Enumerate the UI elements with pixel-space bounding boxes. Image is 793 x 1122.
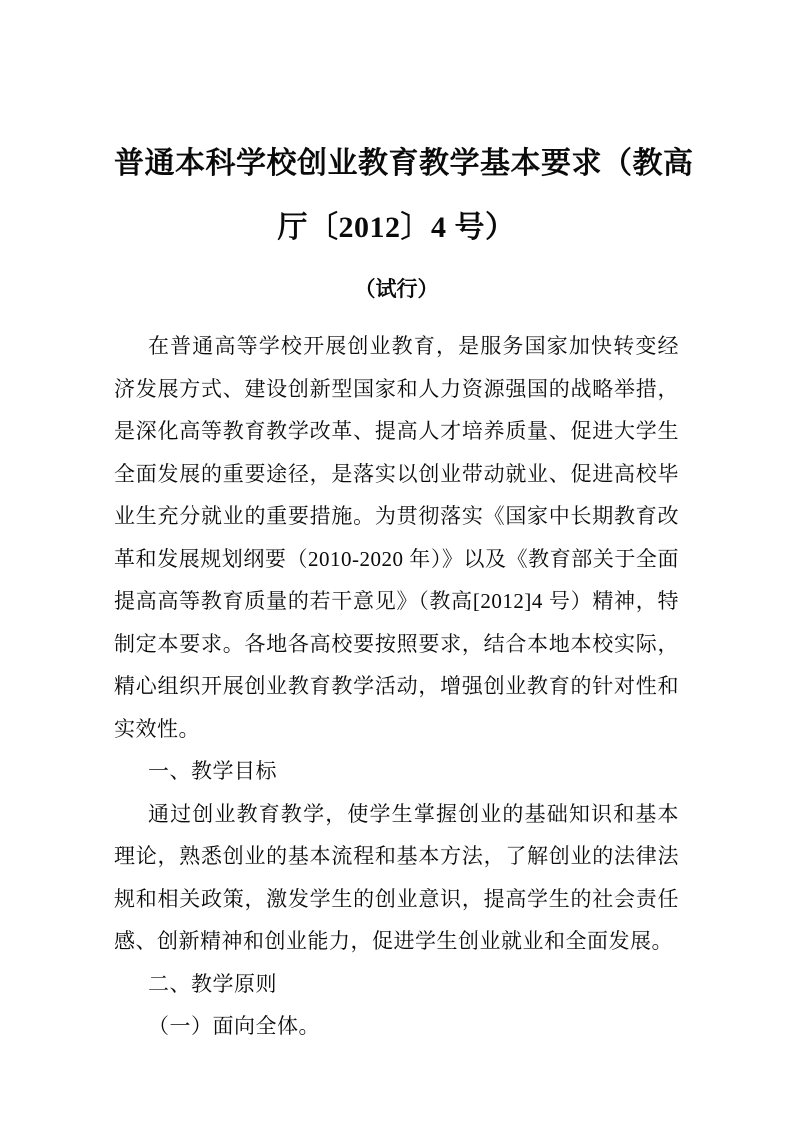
document-title-line-1: 普通本科学校创业教育教学基本要求（教高 bbox=[114, 132, 679, 196]
intro-paragraph: 在普通高等学校开展创业教育，是服务国家加快转变经济发展方式、建设创新型国家和人力… bbox=[114, 325, 679, 750]
document-content: 普通本科学校创业教育教学基本要求（教高 厅〔2012〕4 号） （试行） 在普通… bbox=[114, 0, 679, 1048]
document-page: 普通本科学校创业教育教学基本要求（教高 厅〔2012〕4 号） （试行） 在普通… bbox=[0, 0, 793, 1122]
document-title: 普通本科学校创业教育教学基本要求（教高 厅〔2012〕4 号） bbox=[114, 132, 679, 260]
section-1-paragraph: 通过创业教育教学，使学生掌握创业的基础知识和基本理论，熟悉创业的基本流程和基本方… bbox=[114, 793, 679, 963]
document-subtitle: （试行） bbox=[114, 267, 679, 311]
section-1-heading: 一、教学目标 bbox=[114, 750, 679, 793]
section-2-heading: 二、教学原则 bbox=[114, 963, 679, 1006]
section-2-item-1: （一）面向全体。 bbox=[114, 1005, 679, 1048]
document-title-line-2: 厅〔2012〕4 号） bbox=[114, 196, 679, 260]
